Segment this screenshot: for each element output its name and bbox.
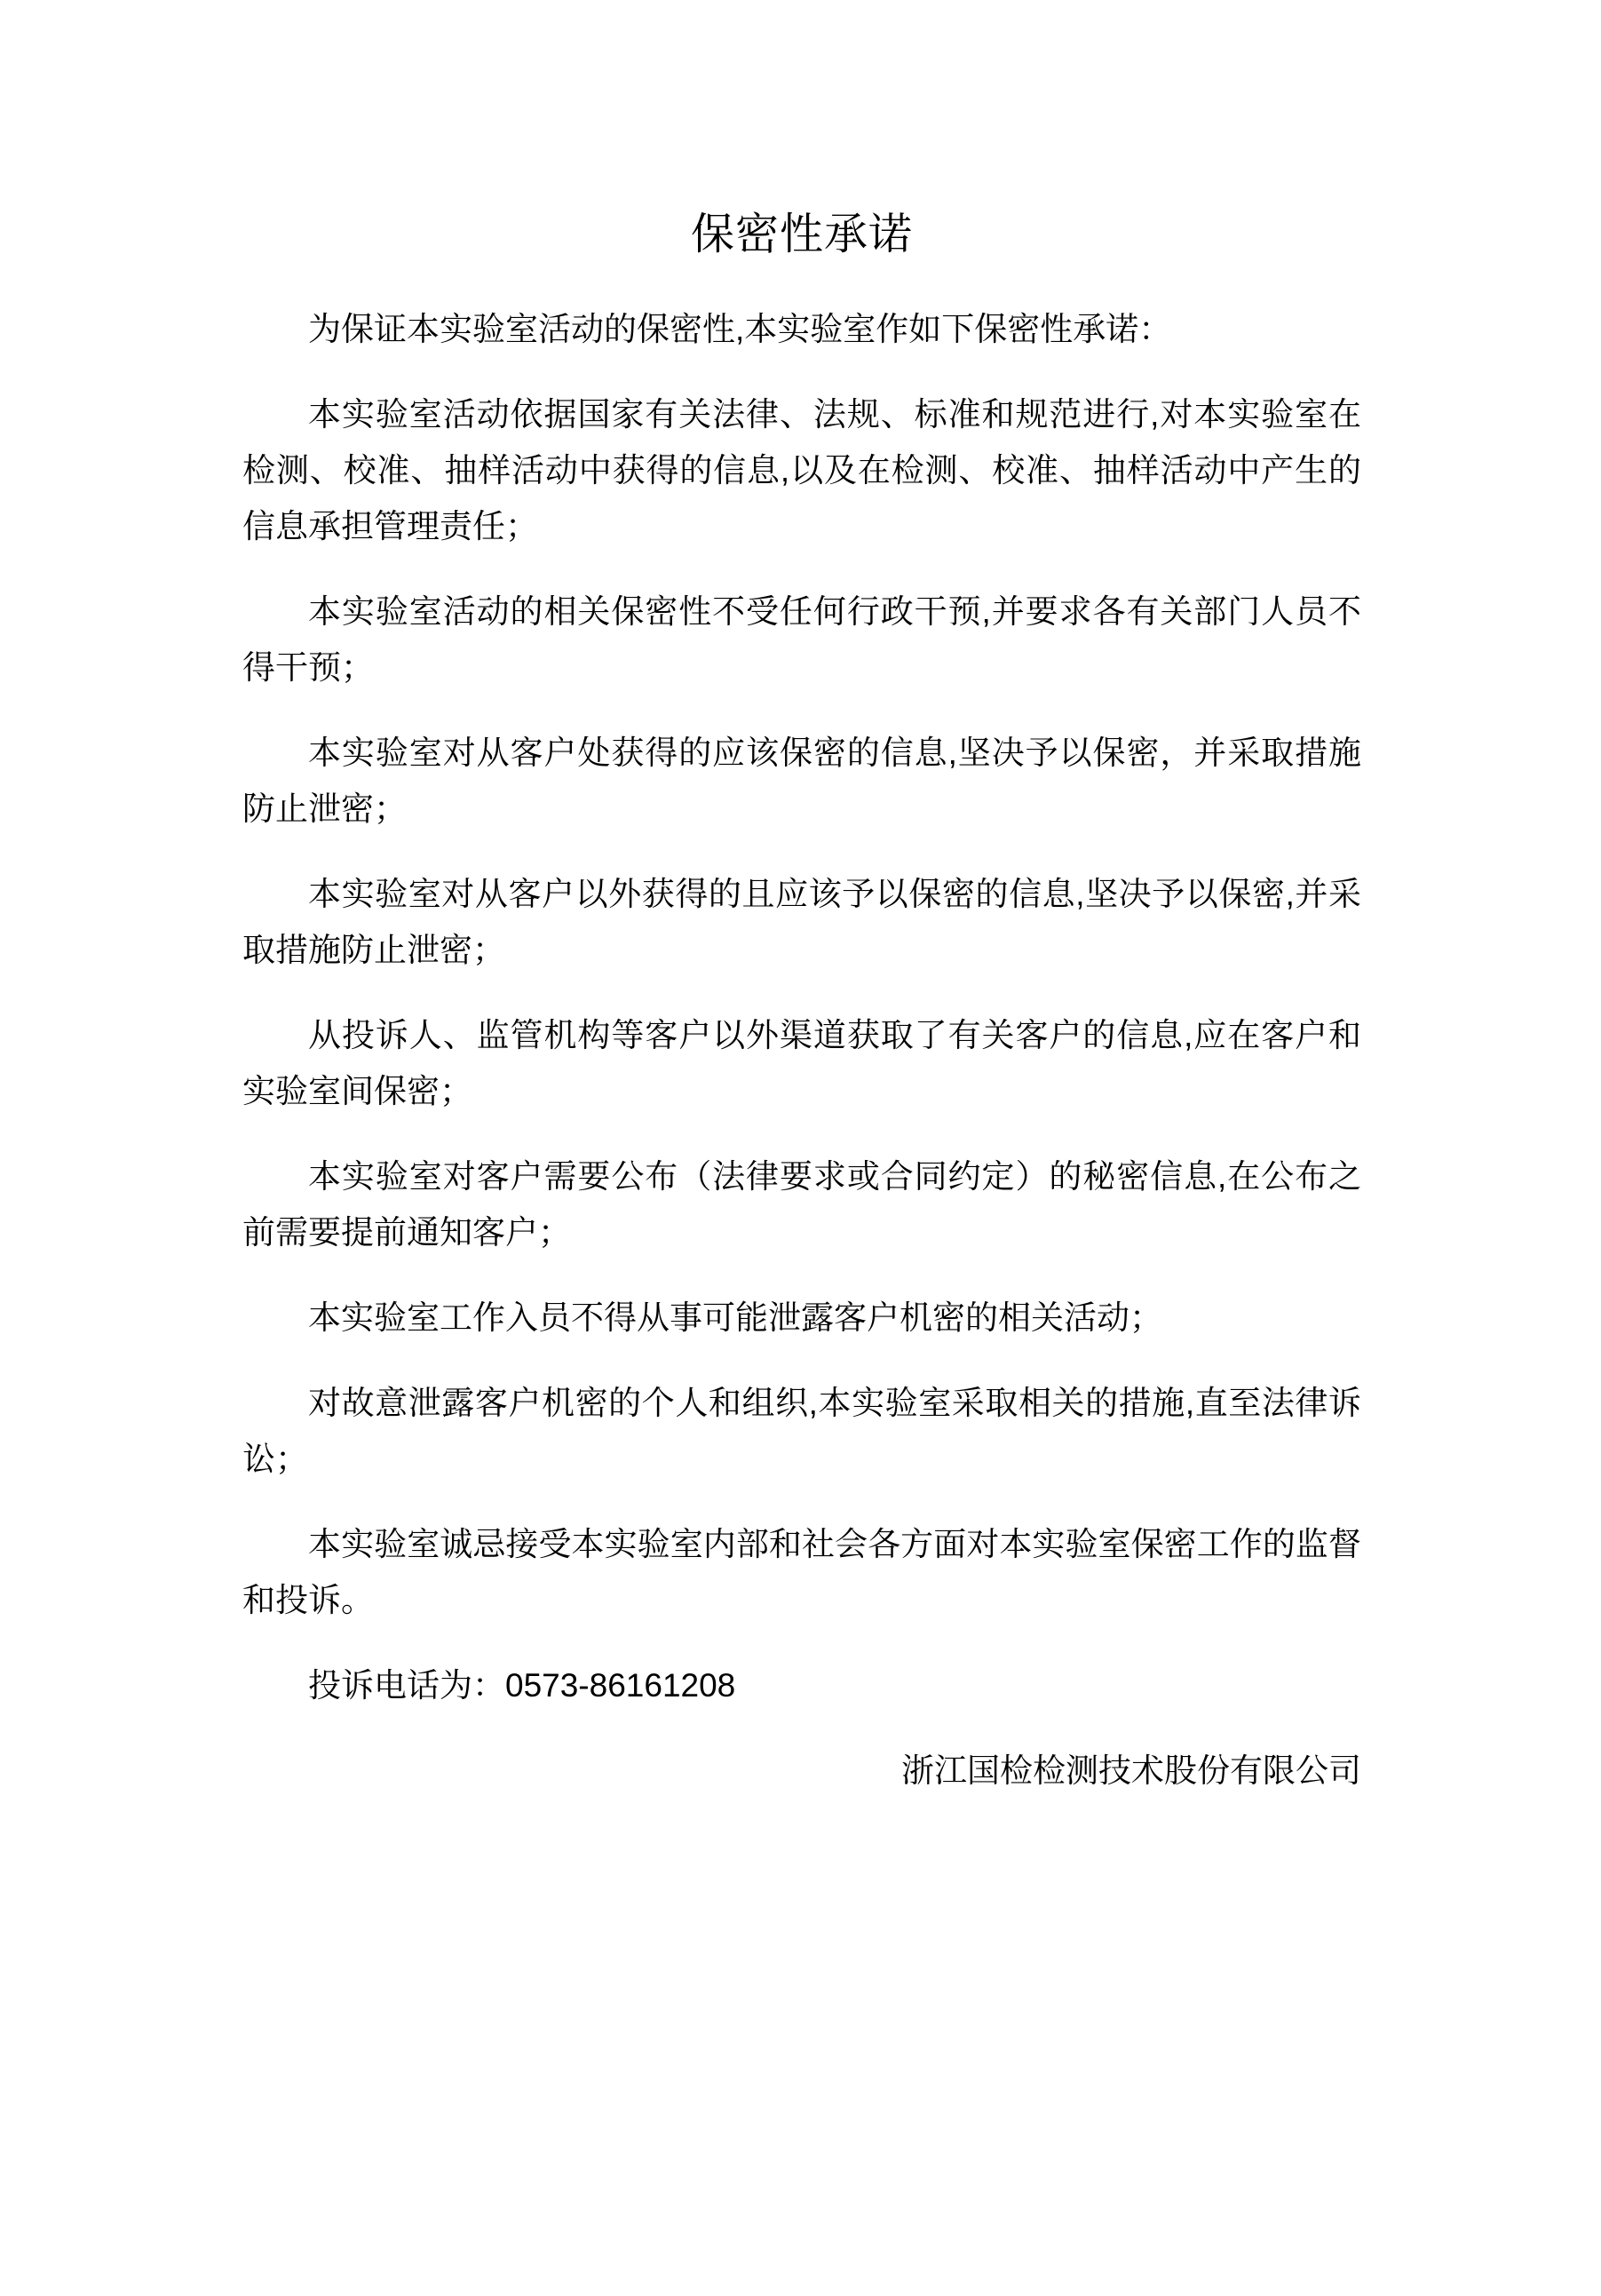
paragraph-legal-basis: 本实验室活动依据国家有关法律、法规、标准和规范进行,对本实验室在检测、校准、抽样… [242, 386, 1361, 554]
document-title: 保密性承诺 [242, 199, 1361, 270]
paragraph-legal-action: 对故意泄露客户机密的个人和组织,本实验室采取相关的措施,直至法律诉讼； [242, 1375, 1361, 1487]
paragraph-staff-restriction: 本实验室工作入员不得从事可能泄露客户机密的相关活动； [242, 1290, 1361, 1346]
paragraph-no-interference: 本实验室活动的相关保密性不受任何行政干预,并要求各有关部门人员不得干预； [242, 584, 1361, 695]
document-page: 保密性承诺 为保证本实验室活动的保密性,本实验室作如下保密性承诺： 本实验室活动… [0, 0, 1601, 2296]
paragraph-intro: 为保证本实验室活动的保密性,本实验室作如下保密性承诺： [242, 301, 1361, 357]
paragraph-complaint-phone: 投诉电话为：0573-86161208 [242, 1657, 1361, 1713]
paragraph-notify-before-disclosure: 本实验室对客户需要公布（法律要求或合同约定）的秘密信息,在公布之前需要提前通知客… [242, 1148, 1361, 1260]
paragraph-complainant-regulator-info: 从投诉人、监管机构等客户以外渠道获取了有关客户的信息,应在客户和实验室间保密； [242, 1007, 1361, 1119]
paragraph-accept-supervision: 本实验室诚忌接受本实验室内部和社会各方面对本实验室保密工作的监督和投诉。 [242, 1516, 1361, 1628]
paragraph-client-info-confidential: 本实验室对从客户处获得的应该保密的信息,坚决予以保密，并采取措施防止泄密； [242, 725, 1361, 837]
paragraph-non-client-info-confidential: 本实验室对从客户以外获得的且应该予以保密的信息,坚决予以保密,并采取措施防止泄密… [242, 866, 1361, 978]
company-signature: 浙江国检检测技术股份有限公司 [242, 1743, 1361, 1799]
